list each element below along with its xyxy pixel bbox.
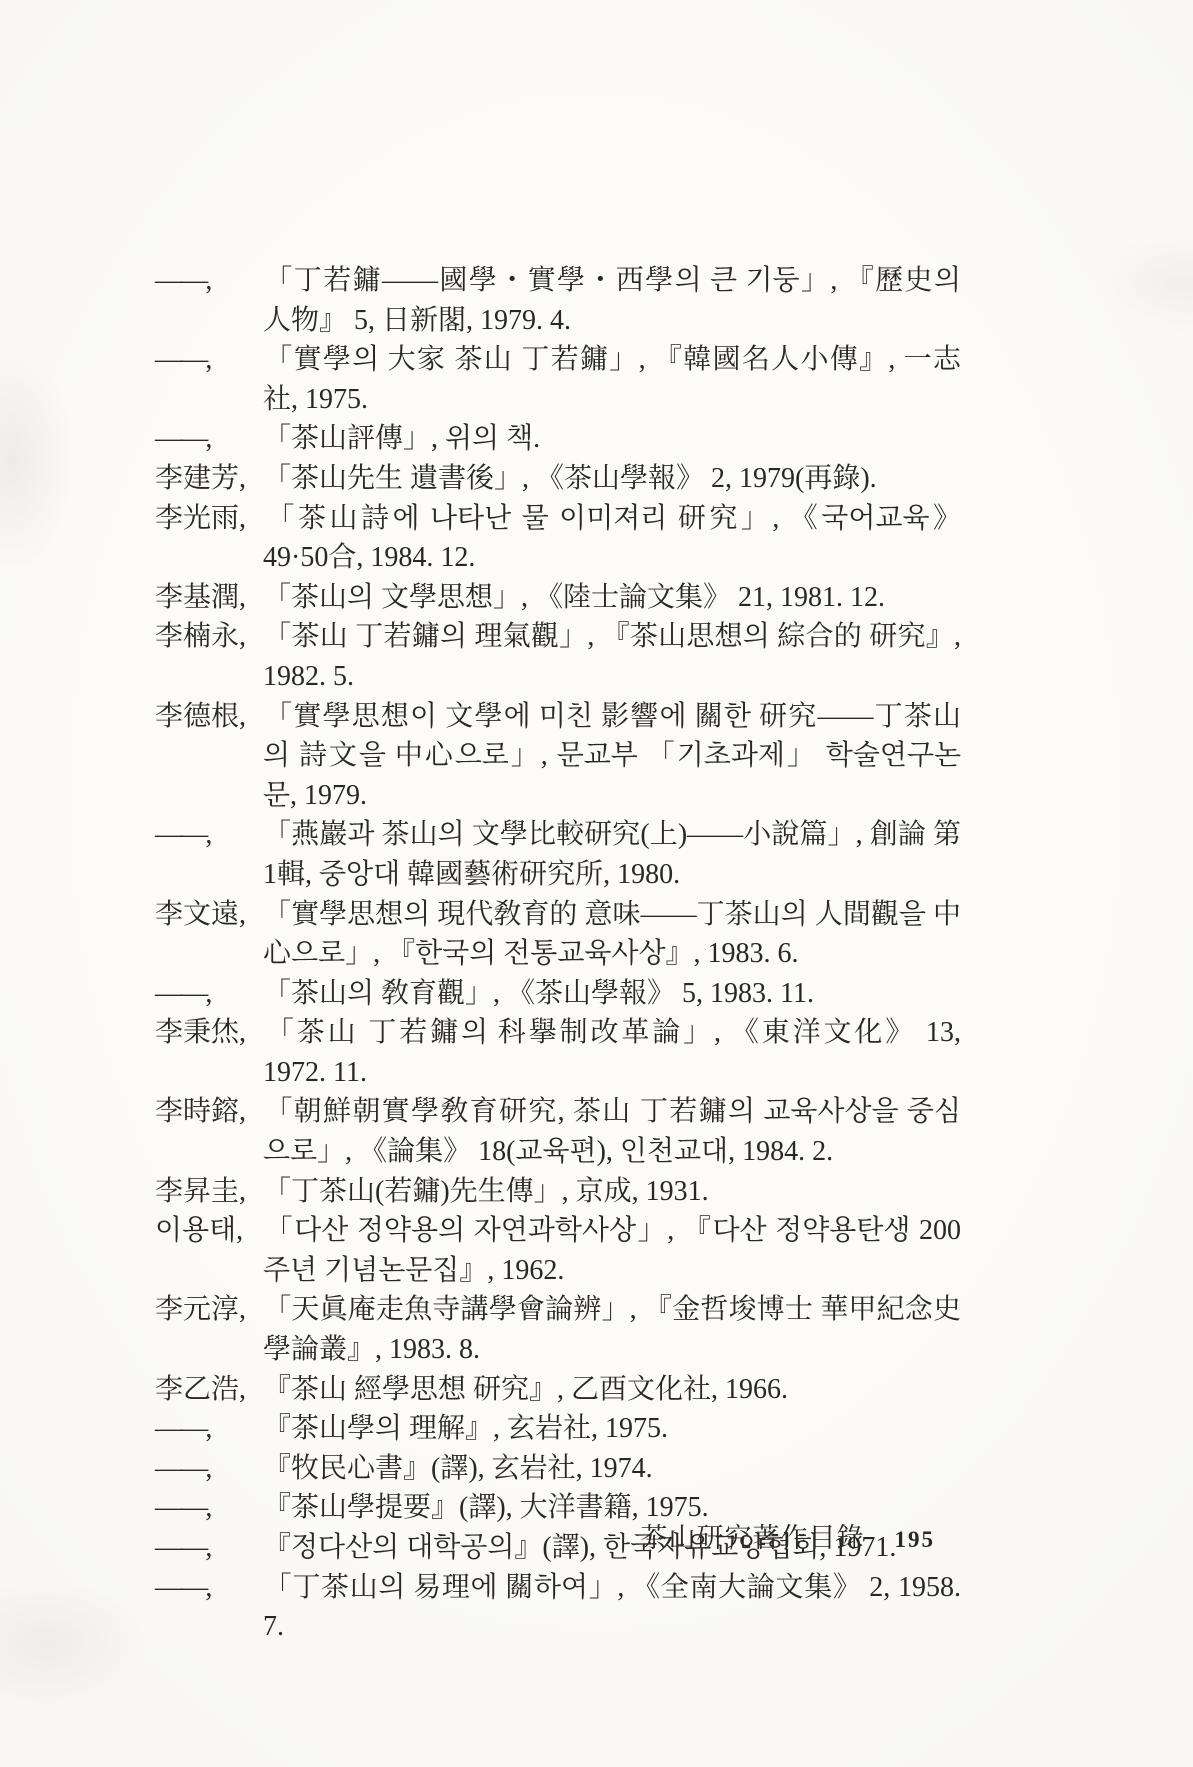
author-name: 이용태, <box>155 1211 263 1251</box>
entry-citation: 「天眞庵走魚寺講學會論辨」, 『金哲埈博士 華甲紀念史學論叢』, 1983. 8… <box>263 1294 961 1365</box>
author-name: 李楠永, <box>155 617 263 657</box>
bibliography-entry: 李文遠,「實學思想의 現代敎育的 意味——丁茶山의 人間觀을 中心으로」, 『한… <box>155 895 961 974</box>
bibliography-entry: 이용태,「다산 정약용의 자연과학사상」, 『다산 정약용탄생 200주년 기념… <box>155 1211 961 1290</box>
entry-citation: 「茶山評傳」, 위의 책. <box>263 423 540 454</box>
entry-citation: 「다산 정약용의 자연과학사상」, 『다산 정약용탄생 200주년 기념논문집』… <box>263 1215 961 1286</box>
same-author-dash: ——, <box>155 1449 263 1489</box>
entry-citation: 「丁茶山(若鏞)先生傳」, 京成, 1931. <box>263 1176 709 1207</box>
bibliography-entry: 李基潤,「茶山의 文學思想」, 《陸士論文集》 21, 1981. 12. <box>155 578 961 618</box>
bibliography-entry: 李光雨,「茶山詩에 나타난 물 이미져리 研究」, 《국어교육》 49·50合,… <box>155 499 961 578</box>
bibliography-entry: ——,「丁茶山의 易理에 關하여」, 《全南大論文集》 2, 1958. 7. <box>155 1568 961 1647</box>
page-footer: 茶山研究著作目錄 195 <box>155 1516 935 1555</box>
same-author-dash: ——, <box>155 815 263 855</box>
entry-citation: 「實學思想이 文學에 미친 影響에 關한 研究——丁茶山의 詩文을 中心으로」,… <box>263 701 961 811</box>
author-name: 李時鎔, <box>155 1092 263 1132</box>
bibliography-entry: ——,「茶山의 敎育觀」, 《茶山學報》 5, 1983. 11. <box>155 974 961 1014</box>
entry-citation: 「朝鮮朝實學敎育研究, 茶山 丁若鏞의 교육사상을 중심으로」, 《論集》 18… <box>263 1096 961 1167</box>
author-name: 李建芳, <box>155 459 263 499</box>
entry-citation: 『茶山 經學思想 研究』, 乙酉文化社, 1966. <box>263 1374 788 1405</box>
entry-citation: 「茶山 丁若鏞의 科擧制改革論」, 《東洋文化》 13, 1972. 11. <box>263 1017 961 1088</box>
bibliography-entry: ——,「丁若鏞——國學・實學・西學의 큰 기둥」, 『歷史의 人物』 5, 日新… <box>155 261 961 340</box>
entry-citation: 「燕巖과 茶山의 文學比較研究(上)——小說篇」, 創論 第1輯, 중앙대 韓國… <box>263 819 961 890</box>
author-name: 李乙浩, <box>155 1370 263 1410</box>
entry-citation: 「茶山의 文學思想」, 《陸士論文集》 21, 1981. 12. <box>263 582 885 613</box>
author-name: 李元淳, <box>155 1290 263 1330</box>
bibliography-entry: 李時鎔,「朝鮮朝實學敎育研究, 茶山 丁若鏞의 교육사상을 중심으로」, 《論集… <box>155 1092 961 1171</box>
page-number: 195 <box>895 1527 936 1553</box>
entry-citation: 「茶山詩에 나타난 물 이미져리 研究」, 《국어교육》 49·50合, 198… <box>263 503 961 574</box>
footer-section-title: 茶山研究著作目錄 <box>641 1516 865 1555</box>
entry-citation: 「茶山先生 遺書後」, 《茶山學報》 2, 1979(再錄). <box>263 463 877 494</box>
scanned-document-page: ——,「丁若鏞——國學・實學・西學의 큰 기둥」, 『歷史의 人物』 5, 日新… <box>0 0 1193 1767</box>
bibliography-list: ——,「丁若鏞——國學・實學・西學의 큰 기둥」, 『歷史의 人物』 5, 日新… <box>155 261 961 1647</box>
bibliography-entry: 李秉烋,「茶山 丁若鏞의 科擧制改革論」, 《東洋文化》 13, 1972. 1… <box>155 1013 961 1092</box>
bibliography-entry: ——,「實學의 大家 茶山 丁若鏞」, 『韓國名人小傳』, 一志社, 1975. <box>155 340 961 419</box>
bibliography-entry: ——,「燕巖과 茶山의 文學比較研究(上)——小說篇」, 創論 第1輯, 중앙대… <box>155 815 961 894</box>
entry-citation: 「丁茶山의 易理에 關하여」, 《全南大論文集》 2, 1958. 7. <box>263 1572 961 1643</box>
author-name: 李文遠, <box>155 895 263 935</box>
bibliography-entry: ——,「茶山評傳」, 위의 책. <box>155 419 961 459</box>
same-author-dash: ——, <box>155 261 263 301</box>
same-author-dash: ——, <box>155 1409 263 1449</box>
entry-citation: 「茶山의 敎育觀」, 《茶山學報》 5, 1983. 11. <box>263 978 814 1009</box>
entry-citation: 「實學思想의 現代敎育的 意味——丁茶山의 人間觀을 中心으로」, 『한국의 전… <box>263 899 961 970</box>
entry-citation: 「實學의 大家 茶山 丁若鏞」, 『韓國名人小傳』, 一志社, 1975. <box>263 344 961 415</box>
same-author-dash: ——, <box>155 1568 263 1608</box>
author-name: 李德根, <box>155 697 263 737</box>
author-name: 李秉烋, <box>155 1013 263 1053</box>
author-name: 李光雨, <box>155 499 263 539</box>
bibliography-entry: 李乙浩,『茶山 經學思想 研究』, 乙酉文化社, 1966. <box>155 1370 961 1410</box>
bibliography-entry: 李元淳,「天眞庵走魚寺講學會論辨」, 『金哲埈博士 華甲紀念史學論叢』, 198… <box>155 1290 961 1369</box>
bibliography-entry: 李建芳,「茶山先生 遺書後」, 《茶山學報》 2, 1979(再錄). <box>155 459 961 499</box>
entry-citation: 『茶山學의 理解』, 玄岩社, 1975. <box>263 1413 668 1444</box>
bibliography-entry: 李楠永,「茶山 丁若鏞의 理氣觀」, 『茶山思想의 綜合的 研究』, 1982.… <box>155 617 961 696</box>
same-author-dash: ——, <box>155 340 263 380</box>
bibliography-entry: 李昇圭,「丁茶山(若鏞)先生傳」, 京成, 1931. <box>155 1172 961 1212</box>
author-name: 李基潤, <box>155 578 263 618</box>
author-name: 李昇圭, <box>155 1172 263 1212</box>
same-author-dash: ——, <box>155 419 263 459</box>
entry-citation: 『牧民心書』(譯), 玄岩社, 1974. <box>263 1453 653 1484</box>
bibliography-entry: 李德根,「實學思想이 文學에 미친 影響에 關한 研究——丁茶山의 詩文을 中心… <box>155 697 961 816</box>
entry-citation: 「丁若鏞——國學・實學・西學의 큰 기둥」, 『歷史의 人物』 5, 日新閣, … <box>263 265 961 336</box>
entry-citation: 「茶山 丁若鏞의 理氣觀」, 『茶山思想의 綜合的 研究』, 1982. 5. <box>263 621 961 692</box>
bibliography-entry: ——,『牧民心書』(譯), 玄岩社, 1974. <box>155 1449 961 1489</box>
same-author-dash: ——, <box>155 974 263 1014</box>
bibliography-entry: ——,『茶山學의 理解』, 玄岩社, 1975. <box>155 1409 961 1449</box>
